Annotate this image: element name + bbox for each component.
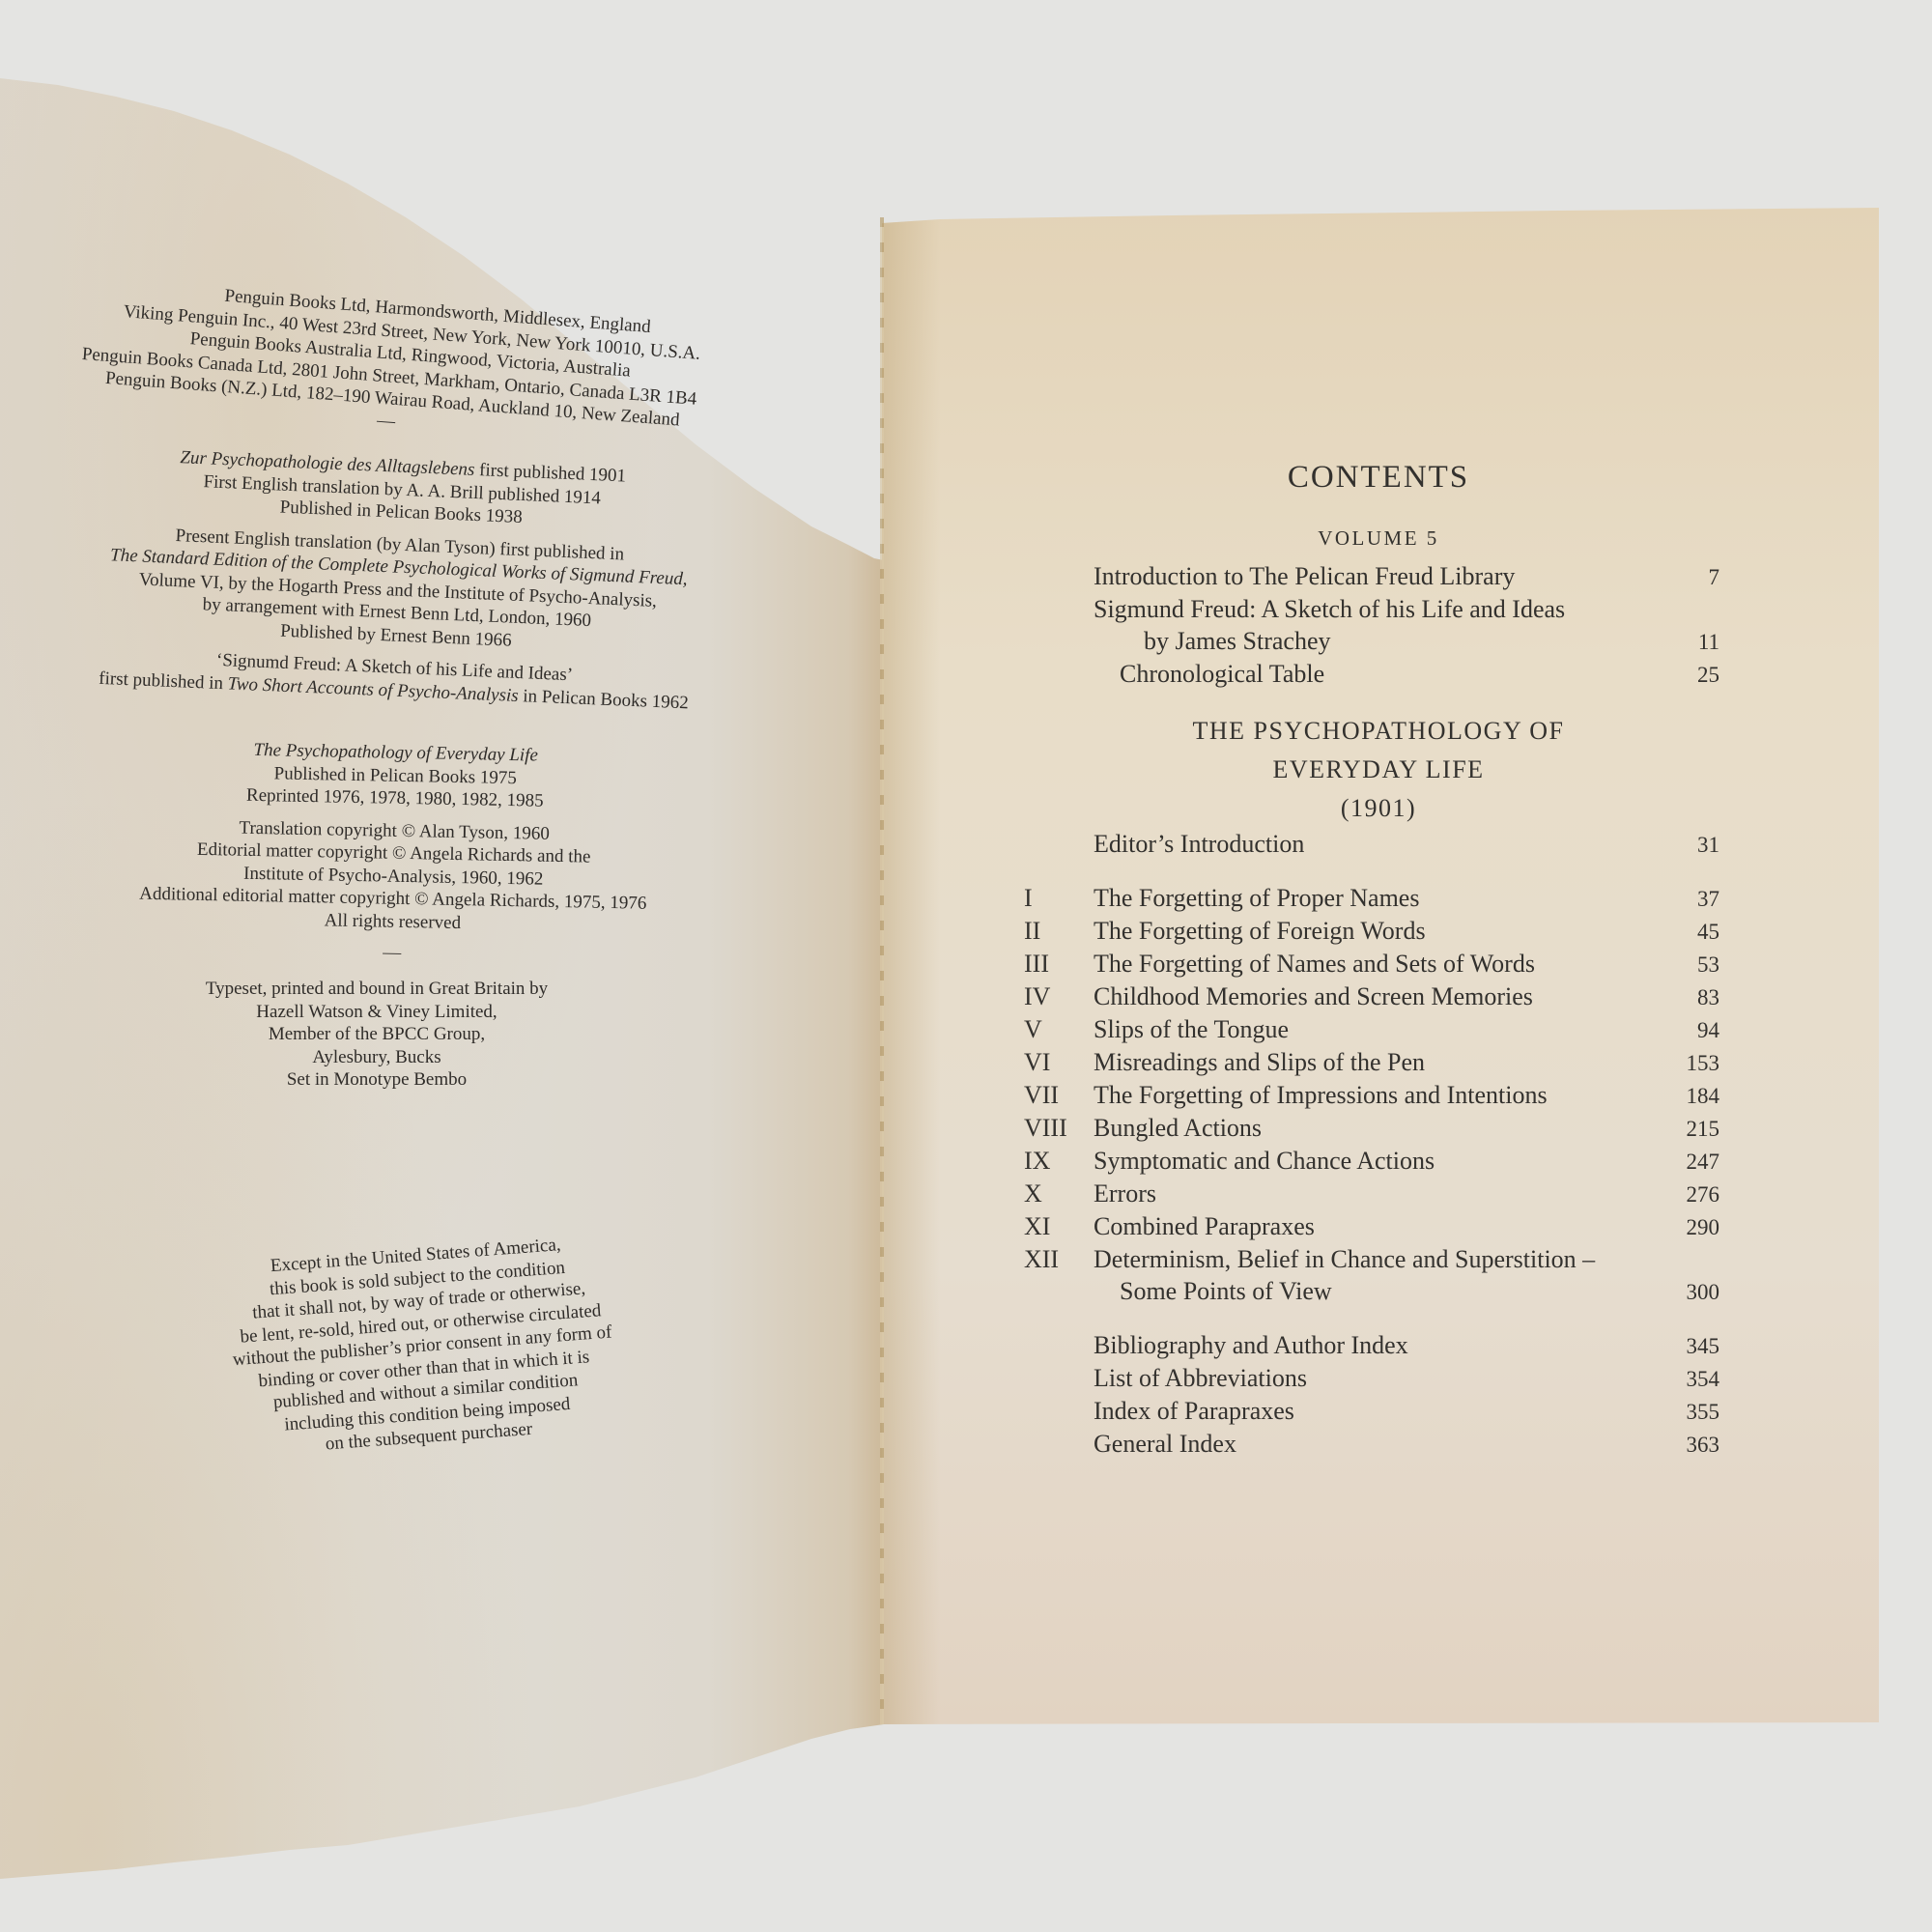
chapter-entry: IX Symptomatic and Chance Actions 247 <box>1024 1145 1719 1178</box>
chapter-entry: VIII Bungled Actions 215 <box>1024 1112 1719 1145</box>
back-matter-entry: Bibliography and Author Index 345 <box>1024 1329 1719 1362</box>
chapter-entry: I The Forgetting of Proper Names 37 <box>1024 882 1719 915</box>
contents-heading: CONTENTS <box>1024 454 1719 500</box>
toc-entry-editors-introduction: Editor’s Introduction 31 <box>1024 828 1719 861</box>
printer-line: Member of the BPCC Group, <box>155 1023 599 1046</box>
work-title-line-1: THE PSYCHOPATHOLOGY OF <box>1024 712 1719 751</box>
chapter-entry: III The Forgetting of Names and Sets of … <box>1024 948 1719 980</box>
chapter-entry: VI Misreadings and Slips of the Pen 153 <box>1024 1046 1719 1079</box>
printer-line: Aylesbury, Bucks <box>155 1046 599 1069</box>
printer-line: Hazell Watson & Viney Limited, <box>155 1001 599 1024</box>
book-gutter-stitching <box>880 217 884 1724</box>
toc-entry: Introduction to The Pelican Freud Librar… <box>1024 560 1719 593</box>
work-year: (1901) <box>1024 789 1719 828</box>
chapter-entry: II The Forgetting of Foreign Words 45 <box>1024 915 1719 948</box>
back-matter-entry: General Index 363 <box>1024 1428 1719 1461</box>
printer-block: Typeset, printed and bound in Great Brit… <box>155 978 599 1092</box>
table-of-contents: CONTENTS VOLUME 5 Introduction to The Pe… <box>1024 454 1719 1461</box>
back-matter-entry: Index of Parapraxes 355 <box>1024 1395 1719 1428</box>
copyright-block: The Psychopathology of Everyday Life Pub… <box>102 736 686 969</box>
toc-entry: Sigmund Freud: A Sketch of his Life and … <box>1024 593 1719 625</box>
publication-history: Zur Psychopathologie des Alltagslebens f… <box>74 442 722 715</box>
toc-entry: Chronological Table 25 <box>1024 658 1719 691</box>
chapter-entry: XI Combined Parapraxes 290 <box>1024 1210 1719 1243</box>
chapter-entry: VII The Forgetting of Impressions and In… <box>1024 1079 1719 1112</box>
toc-entry: by James Strachey 11 <box>1024 625 1719 658</box>
back-matter-entry: List of Abbreviations 354 <box>1024 1362 1719 1395</box>
volume-heading: VOLUME 5 <box>1024 524 1719 553</box>
chapter-entry: X Errors 276 <box>1024 1178 1719 1210</box>
chapter-entry: XII Determinism, Belief in Chance and Su… <box>1024 1243 1719 1275</box>
chapter-entry-continued: Some Points of View 300 <box>1024 1275 1719 1308</box>
printer-line: Set in Monotype Bembo <box>155 1068 599 1092</box>
chapter-entry: IV Childhood Memories and Screen Memorie… <box>1024 980 1719 1013</box>
printer-line: Typeset, printed and bound in Great Brit… <box>155 978 599 1001</box>
chapter-entry: V Slips of the Tongue 94 <box>1024 1013 1719 1046</box>
sale-condition-block: Except in the United States of America, … <box>193 1228 651 1464</box>
work-title-line-2: EVERYDAY LIFE <box>1024 751 1719 789</box>
